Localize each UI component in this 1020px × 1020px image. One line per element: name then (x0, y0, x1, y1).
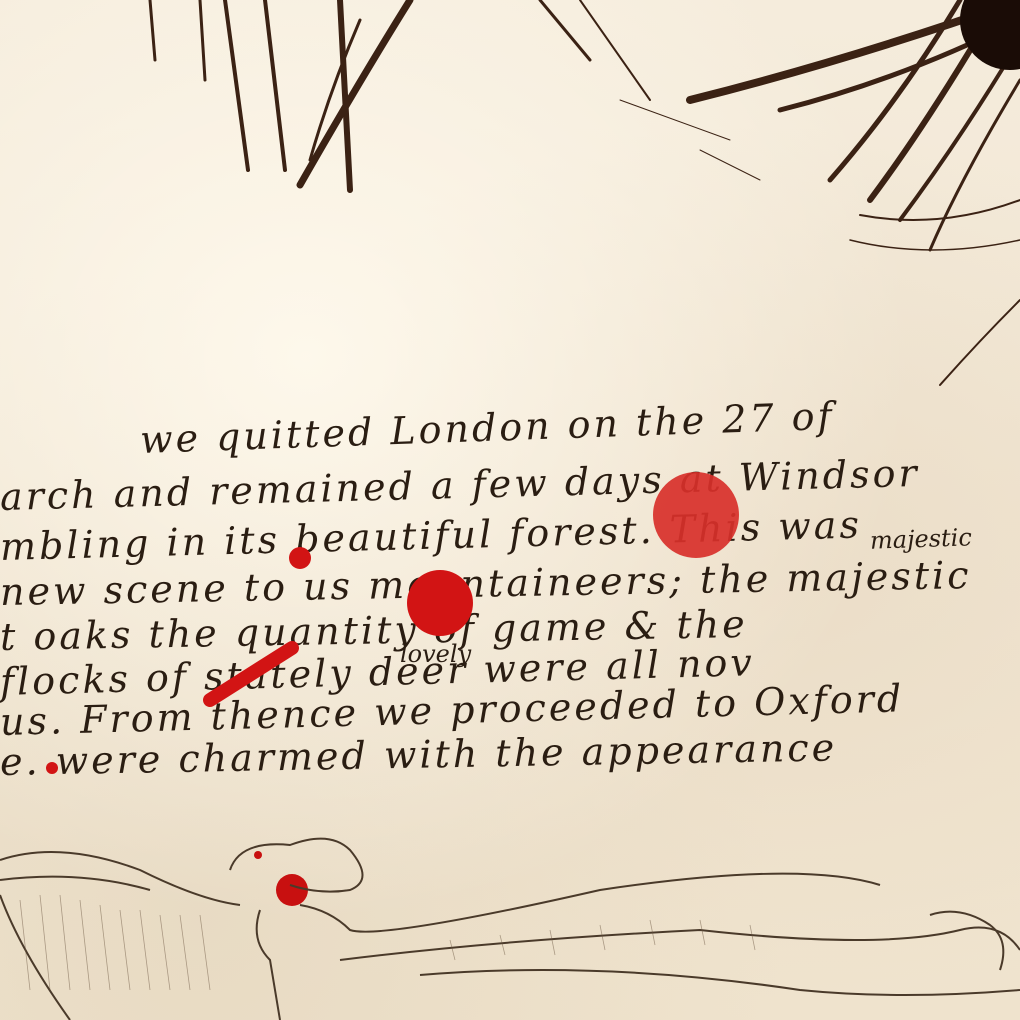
anatomical-bone-sketch (0, 0, 1020, 1020)
